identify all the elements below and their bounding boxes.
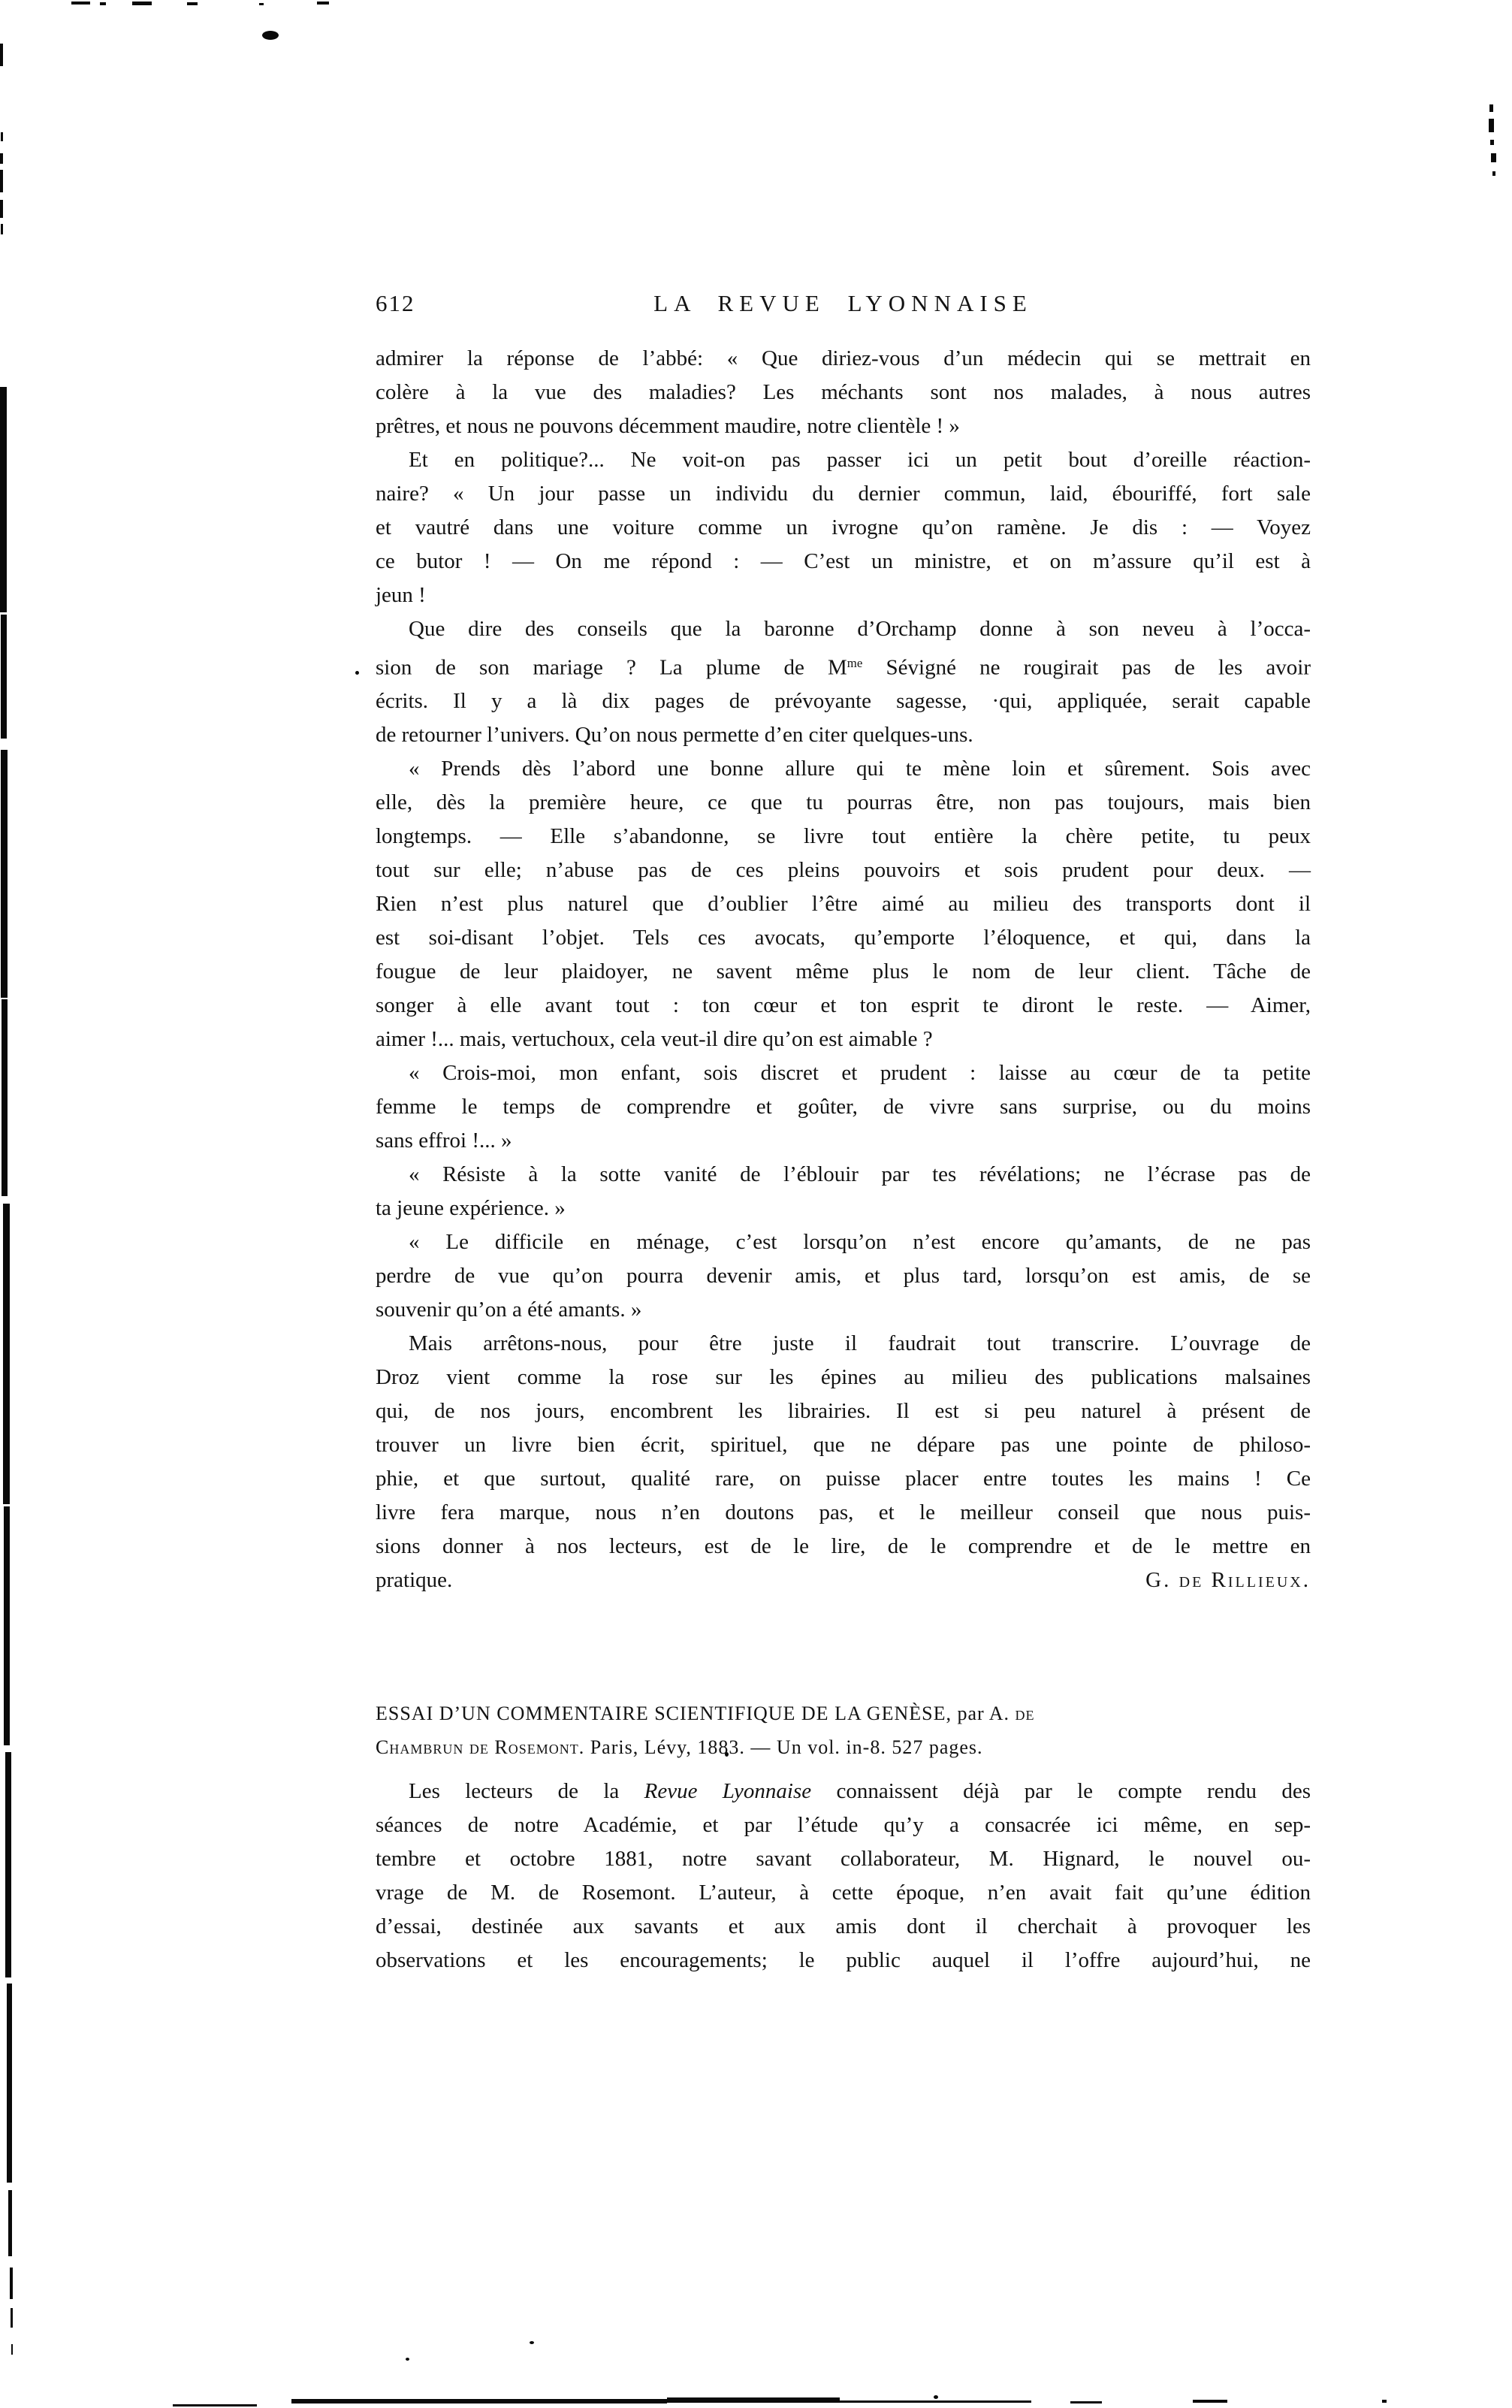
top-edge-dash bbox=[187, 2, 198, 5]
margin-dot bbox=[355, 671, 359, 675]
paragraph: admirer la réponse de l’abbé: « Que diri… bbox=[376, 342, 1311, 443]
text-line: tout sur elle; n’abuse pas de ces pleins… bbox=[376, 854, 1311, 887]
bottom-edge-line bbox=[173, 2404, 257, 2406]
margin-dot bbox=[530, 2341, 534, 2344]
text-segment: de bbox=[1016, 1703, 1035, 1724]
text-line: fougue de leur plaidoyer, ne savent même… bbox=[376, 955, 1311, 989]
text-line: « Crois-moi, mon enfant, sois discret et… bbox=[376, 1056, 1311, 1090]
text-line: souvenir qu’on a été amants. » bbox=[376, 1293, 1311, 1327]
right-margin-speck bbox=[1490, 140, 1494, 145]
text-line: est soi-disant l’objet. Tels ces avocats… bbox=[376, 921, 1311, 955]
text-line: ta jeune expérience. » bbox=[376, 1192, 1311, 1225]
text-line: songer à elle avant tout : ton cœur et t… bbox=[376, 989, 1311, 1023]
text-line: séances de notre Académie, et par l’étud… bbox=[376, 1808, 1311, 1842]
journal-name-italic: Revue Lyonnaise bbox=[644, 1779, 812, 1803]
text-segment: sion de son mariage ? La plume de M bbox=[376, 655, 847, 679]
top-edge-dash bbox=[317, 2, 329, 5]
text-line: admirer la réponse de l’abbé: « Que diri… bbox=[376, 342, 1311, 376]
book-imprint: Paris, Lévy, 1883. — Un vol. in-8. 527 p… bbox=[584, 1736, 982, 1758]
book-review-heading: ESSAI D’UN COMMENTAIRE SCIENTIFIQUE DE L… bbox=[376, 1696, 1311, 1764]
superscript-text: me bbox=[847, 656, 863, 670]
bottom-edge-line bbox=[1193, 2400, 1227, 2403]
paragraph: « Crois-moi, mon enfant, sois discret et… bbox=[376, 1056, 1311, 1158]
paragraph: Mais arrêtons-nous, pour être juste il f… bbox=[376, 1327, 1311, 1597]
heading-line: ESSAI D’UN COMMENTAIRE SCIENTIFIQUE DE L… bbox=[376, 1696, 1311, 1730]
top-edge-dash bbox=[71, 2, 90, 5]
author-signature: G. de Rillieux. bbox=[1145, 1564, 1311, 1597]
left-edge-dash bbox=[1, 132, 3, 141]
signature-name: de Rillieux. bbox=[1179, 1568, 1311, 1592]
bottom-edge-line bbox=[291, 2399, 667, 2403]
text-line: « Résiste à la sotte vanité de l’éblouir… bbox=[376, 1158, 1311, 1192]
running-head: 612 LA REVUE LYONNAISE bbox=[376, 290, 1311, 324]
top-edge-dash bbox=[259, 3, 264, 5]
text-line: qui, de nos jours, encombrent les librai… bbox=[376, 1394, 1311, 1428]
page-gutter-line bbox=[3, 1204, 10, 1504]
signature-line: pratique.G. de Rillieux. bbox=[376, 1564, 1311, 1597]
text-line: Droz vient comme la rose sur les épines … bbox=[376, 1361, 1311, 1394]
text-segment: Sévigné ne rougirait pas de les avoir bbox=[862, 655, 1311, 679]
bottom-edge-line bbox=[1382, 2400, 1387, 2403]
left-edge-dash bbox=[0, 153, 3, 164]
text-line: jeun ! bbox=[376, 579, 1311, 612]
text-line: phie, et que surtout, qualité rare, on p… bbox=[376, 1462, 1311, 1496]
article-body: admirer la réponse de l’abbé: « Que diri… bbox=[376, 342, 1311, 1977]
page-gutter-line bbox=[10, 2268, 13, 2299]
text-line: Rien n’est plus naturel que d’oublier l’… bbox=[376, 887, 1311, 921]
text-line: écrits. Il y a là dix pages de prévoyant… bbox=[376, 684, 1311, 718]
text-line: vrage de M. de Rosemont. L’auteur, à cet… bbox=[376, 1876, 1311, 1910]
page-gutter-line bbox=[11, 2308, 13, 2328]
text-line: observations et les encouragements; le p… bbox=[376, 1944, 1311, 1977]
book-author: Chambrun de Rosemont. bbox=[376, 1736, 584, 1758]
page-gutter-line bbox=[4, 1506, 10, 1745]
text-line: livre fera marque, nous n’en doutons pas… bbox=[376, 1496, 1311, 1530]
text-line: sion de son mariage ? La plume de Mme Sé… bbox=[376, 646, 1311, 684]
page-gutter-line bbox=[1, 615, 7, 739]
text-line: et vautré dans une voiture comme un ivro… bbox=[376, 511, 1311, 545]
text-line: Et en politique?... Ne voit-on pas passe… bbox=[376, 443, 1311, 477]
text-line: sans effroi !... » bbox=[376, 1124, 1311, 1158]
left-edge-dash bbox=[0, 200, 3, 218]
text-line: longtemps. — Elle s’abandonne, se livre … bbox=[376, 820, 1311, 854]
page-gutter-line bbox=[2, 999, 8, 1196]
paragraph: Et en politique?... Ne voit-on pas passe… bbox=[376, 443, 1311, 612]
page-gutter-line bbox=[5, 1752, 11, 1977]
paragraph: Que dire des conseils que la baronne d’O… bbox=[376, 612, 1311, 752]
journal-title: LA REVUE LYONNAISE bbox=[376, 290, 1311, 317]
paragraph: « Prends dès l’abord une bonne allure qu… bbox=[376, 752, 1311, 1056]
text-line: trouver un livre bien écrit, spirituel, … bbox=[376, 1428, 1311, 1462]
right-margin-speck bbox=[1489, 119, 1494, 132]
text-line: de retourner l’univers. Qu’on nous perme… bbox=[376, 718, 1311, 752]
left-edge-dash bbox=[1, 224, 3, 234]
left-edge-dash bbox=[0, 170, 3, 192]
text-segment: pratique. bbox=[376, 1564, 452, 1597]
page-gutter-line bbox=[7, 1984, 12, 2183]
text-line: Que dire des conseils que la baronne d’O… bbox=[376, 612, 1311, 646]
text-line: Les lecteurs de la Revue Lyonnaise conna… bbox=[376, 1775, 1311, 1808]
page-gutter-line bbox=[8, 2190, 12, 2256]
text-line: elle, dès la première heure, ce que tu p… bbox=[376, 786, 1311, 820]
text-line: d’essai, destinée aux savants et aux ami… bbox=[376, 1910, 1311, 1944]
text-segment: ESSAI D’UN COMMENTAIRE SCIENTIFIQUE DE L… bbox=[376, 1703, 1016, 1724]
text-line: prêtres, et nous ne pouvons décemment ma… bbox=[376, 409, 1311, 443]
margin-dot bbox=[406, 2358, 409, 2361]
paragraph: « Le difficile en ménage, c’est lorsqu’o… bbox=[376, 1225, 1311, 1327]
top-edge-dash bbox=[100, 2, 106, 5]
text-segment: Les lecteurs de la bbox=[409, 1779, 644, 1803]
ink-blob bbox=[262, 31, 279, 40]
text-line: colère à la vue des maladies? Les méchan… bbox=[376, 376, 1311, 409]
bottom-edge-line bbox=[840, 2400, 1031, 2403]
page-gutter-line bbox=[11, 2344, 13, 2355]
top-edge-dash bbox=[132, 2, 152, 5]
scanned-page: 612 LA REVUE LYONNAISE admirer la répons… bbox=[0, 0, 1512, 2408]
left-edge-dash bbox=[0, 44, 3, 66]
margin-dot bbox=[934, 2395, 938, 2399]
text-line: « Le difficile en ménage, c’est lorsqu’o… bbox=[376, 1225, 1311, 1259]
heading-line: Chambrun de Rosemont. Paris, Lévy, 1883.… bbox=[376, 1730, 1311, 1764]
text-line: perdre de vue qu’on pourra devenir amis,… bbox=[376, 1259, 1311, 1293]
text-line: « Prends dès l’abord une bonne allure qu… bbox=[376, 752, 1311, 786]
text-line: sions donner à nos lecteurs, est de le l… bbox=[376, 1530, 1311, 1564]
text-line: naire? « Un jour passe un individu du de… bbox=[376, 477, 1311, 511]
right-margin-speck bbox=[1489, 104, 1493, 112]
text-line: tembre et octobre 1881, notre savant col… bbox=[376, 1842, 1311, 1876]
paragraph: « Résiste à la sotte vanité de l’éblouir… bbox=[376, 1158, 1311, 1225]
text-line: ce butor ! — On me répond : — C’est un m… bbox=[376, 545, 1311, 579]
right-margin-speck bbox=[1491, 153, 1496, 162]
text-line: aimer !... mais, vertuchoux, cela veut-i… bbox=[376, 1023, 1311, 1056]
paragraph: Les lecteurs de la Revue Lyonnaise conna… bbox=[376, 1775, 1311, 1977]
text-line: femme le temps de comprendre et goûter, … bbox=[376, 1090, 1311, 1124]
margin-dot bbox=[725, 1752, 729, 1757]
page-gutter-line bbox=[1, 750, 8, 998]
page-gutter-line bbox=[0, 387, 7, 612]
bottom-edge-line bbox=[667, 2397, 840, 2403]
bottom-edge-line bbox=[1070, 2401, 1102, 2403]
right-margin-speck bbox=[1492, 171, 1495, 176]
text-line: Mais arrêtons-nous, pour être juste il f… bbox=[376, 1327, 1311, 1361]
signature-initial: G. bbox=[1145, 1568, 1179, 1592]
text-segment: connaissent déjà par le compte rendu des bbox=[811, 1779, 1311, 1803]
